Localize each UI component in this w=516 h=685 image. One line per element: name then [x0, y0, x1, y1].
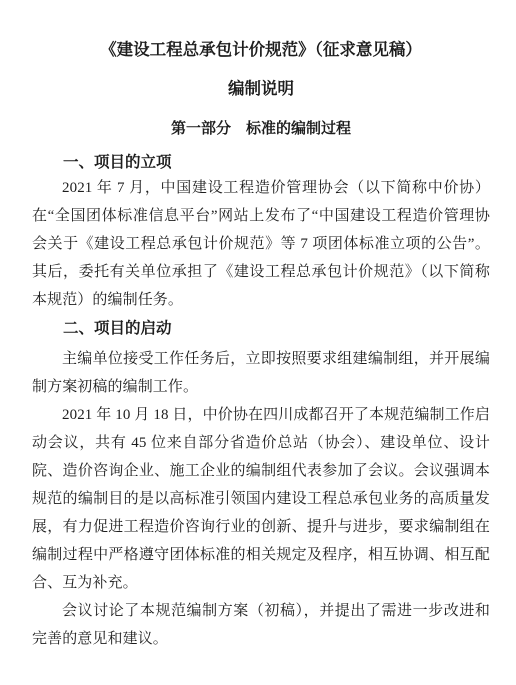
document-title: 《建设工程总承包计价规范》（征求意见稿） [32, 38, 490, 62]
paragraph-kickoff-meeting: 2021 年 10 月 18 日，中价协在四川成都召开了本规范编制工作启动会议，… [32, 401, 490, 597]
section-heading-project-initiation: 一、项目的立项 [32, 154, 490, 172]
section-heading-project-kickoff: 二、项目的启动 [32, 320, 490, 338]
paragraph-meeting-discussion: 会议讨论了本规范编制方案（初稿），并提出了需进一步改进和完善的意见和建议。 [32, 597, 490, 653]
paragraph-project-initiation: 2021 年 7 月，中国建设工程造价管理协会（以下简称中价协）在“全国团体标准… [32, 174, 490, 314]
part-heading: 第一部分 标准的编制过程 [32, 120, 490, 138]
paragraph-kickoff-team: 主编单位接受工作任务后，立即按照要求组建编制组，并开展编制方案初稿的编制工作。 [32, 345, 490, 401]
document-page: 《建设工程总承包计价规范》（征求意见稿） 编制说明 第一部分 标准的编制过程 一… [0, 0, 516, 685]
document-subtitle: 编制说明 [32, 77, 490, 101]
